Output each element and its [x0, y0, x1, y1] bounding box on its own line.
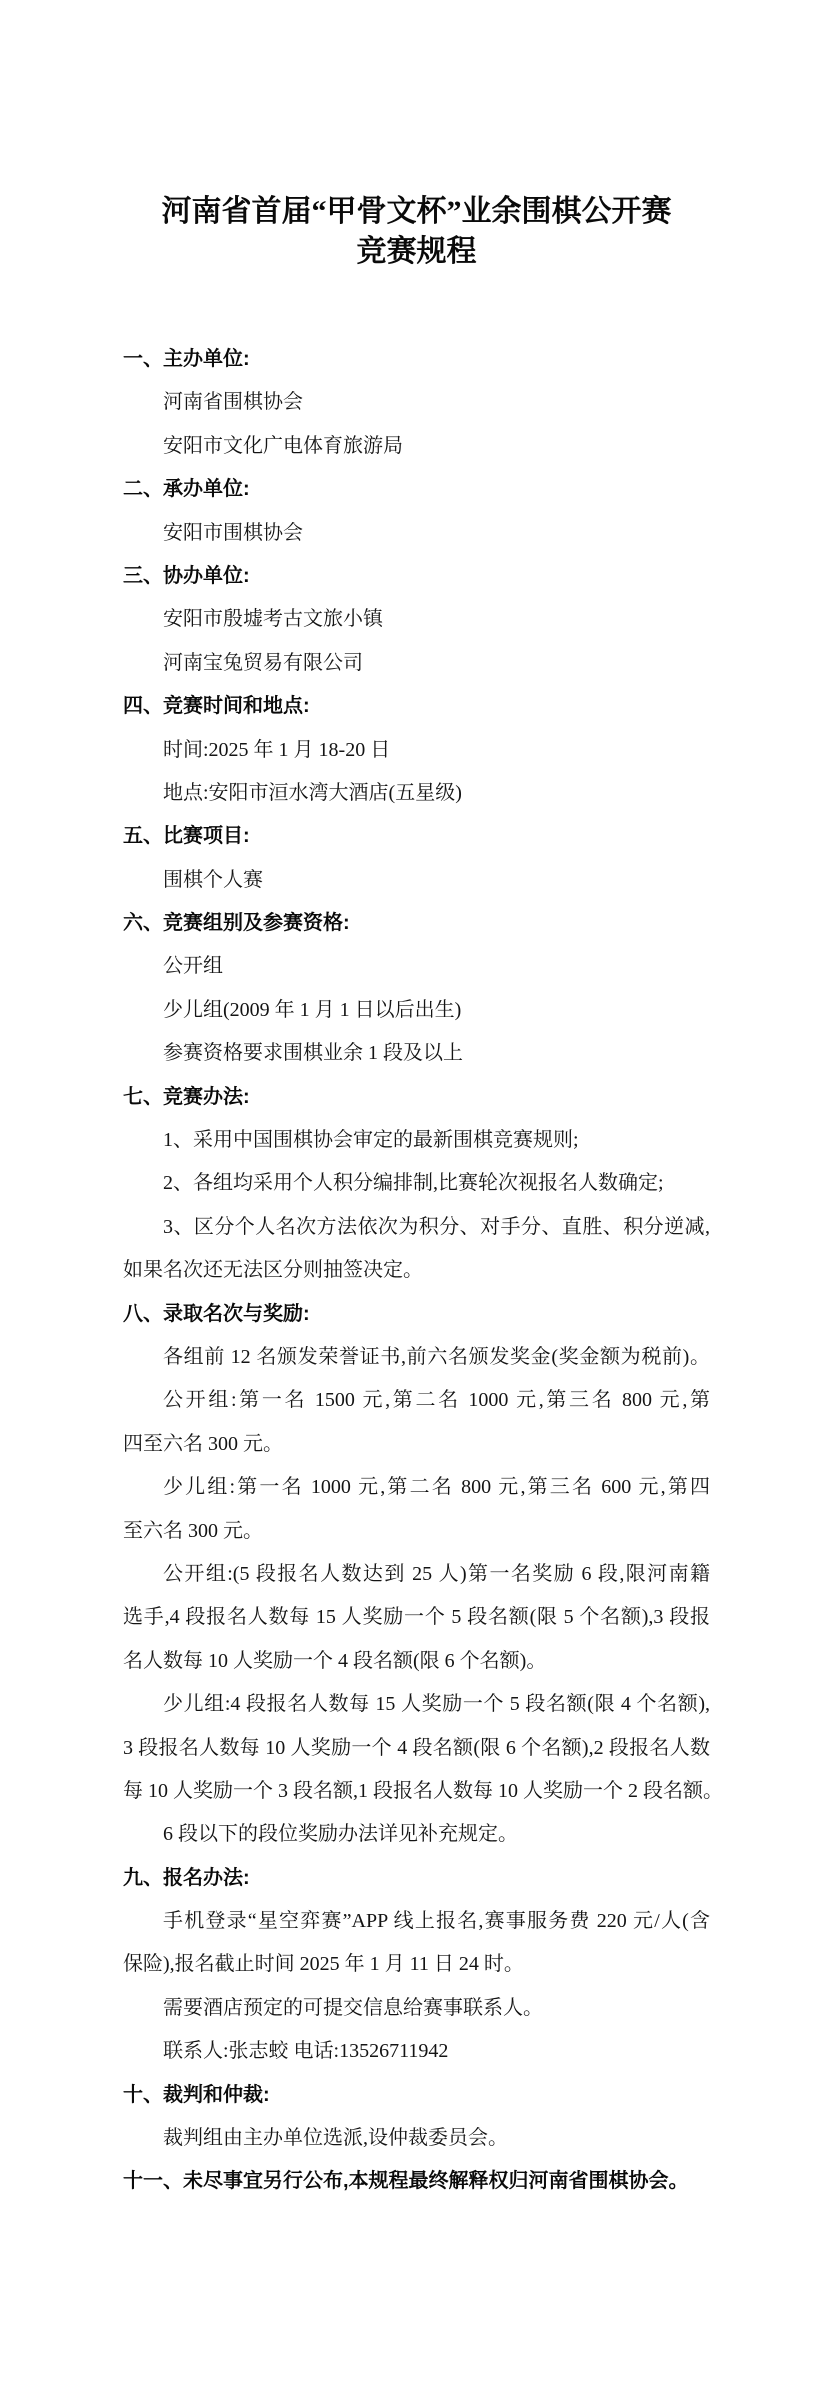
paragraph-line: 少儿组:第一名 1000 元,第二名 800 元,第三名 600 元,第四	[123, 1466, 710, 1509]
section-heading: 十、裁判和仲裁:	[123, 2074, 710, 2117]
paragraph-line: 如果名次还无法区分则抽签决定。	[123, 1249, 710, 1292]
paragraph-line: 安阳市围棋协会	[123, 512, 710, 555]
paragraph-line: 联系人:张志蛟 电话:13526711942	[123, 2030, 710, 2073]
section-heading: 六、竞赛组别及参赛资格:	[123, 902, 710, 945]
paragraph-line: 3 段报名人数每 10 人奖励一个 4 段名额(限 6 个名额),2 段报名人数	[123, 1727, 710, 1770]
paragraph-line: 各组前 12 名颁发荣誉证书,前六名颁发奖金(奖金额为税前)。	[123, 1336, 710, 1379]
document-title: 河南省首届“甲骨文杯”业余围棋公开赛 竞赛规程	[123, 192, 710, 272]
paragraph-line: 6 段以下的段位奖励办法详见补充规定。	[123, 1813, 710, 1856]
paragraph-line: 少儿组:4 段报名人数每 15 人奖励一个 5 段名额(限 4 个名额),	[123, 1683, 710, 1726]
paragraph-line: 每 10 人奖励一个 3 段名额,1 段报名人数每 10 人奖励一个 2 段名额…	[123, 1770, 710, 1813]
section-heading: 八、录取名次与奖励:	[123, 1293, 710, 1336]
paragraph-line: 至六名 300 元。	[123, 1510, 710, 1553]
section-heading: 二、承办单位:	[123, 468, 710, 511]
section-heading: 一、主办单位:	[123, 338, 710, 381]
paragraph-line: 3、区分个人名次方法依次为积分、对手分、直胜、积分逆减,	[123, 1206, 710, 1249]
paragraph-line: 名人数每 10 人奖励一个 4 段名额(限 6 个名额)。	[123, 1640, 710, 1683]
section-heading: 三、协办单位:	[123, 555, 710, 598]
paragraph-line: 保险),报名截止时间 2025 年 1 月 11 日 24 时。	[123, 1943, 710, 1986]
section-heading: 十一、未尽事宜另行公布,本规程最终解释权归河南省围棋协会。	[123, 2160, 710, 2203]
paragraph-line: 2、各组均采用个人积分编排制,比赛轮次视报名人数确定;	[123, 1162, 710, 1205]
paragraph-line: 公开组:(5 段报名人数达到 25 人)第一名奖励 6 段,限河南籍	[123, 1553, 710, 1596]
section-heading: 七、竞赛办法:	[123, 1076, 710, 1119]
paragraph-line: 参赛资格要求围棋业余 1 段及以上	[123, 1032, 710, 1075]
paragraph-line: 需要酒店预定的可提交信息给赛事联系人。	[123, 1987, 710, 2030]
paragraph-line: 1、采用中国围棋协会审定的最新围棋竞赛规则;	[123, 1119, 710, 1162]
paragraph-line: 公开组:第一名 1500 元,第二名 1000 元,第三名 800 元,第	[123, 1379, 710, 1422]
title-line-1: 河南省首届“甲骨文杯”业余围棋公开赛	[123, 192, 710, 232]
section-heading: 四、竞赛时间和地点:	[123, 685, 710, 728]
paragraph-line: 选手,4 段报名人数每 15 人奖励一个 5 段名额(限 5 个名额),3 段报	[123, 1596, 710, 1639]
paragraph-line: 裁判组由主办单位选派,设仲裁委员会。	[123, 2117, 710, 2160]
paragraph-line: 河南宝兔贸易有限公司	[123, 642, 710, 685]
paragraph-line: 手机登录“星空弈赛”APP 线上报名,赛事服务费 220 元/人(含	[123, 1900, 710, 1943]
title-line-2: 竞赛规程	[123, 232, 710, 272]
section-heading: 九、报名办法:	[123, 1857, 710, 1900]
paragraph-line: 围棋个人赛	[123, 859, 710, 902]
paragraph-line: 四至六名 300 元。	[123, 1423, 710, 1466]
paragraph-line: 时间:2025 年 1 月 18-20 日	[123, 729, 710, 772]
paragraph-line: 公开组	[123, 945, 710, 988]
paragraph-line: 河南省围棋协会	[123, 381, 710, 424]
document-page: 河南省首届“甲骨文杯”业余围棋公开赛 竞赛规程 一、主办单位:河南省围棋协会安阳…	[0, 0, 826, 2395]
document-body: 一、主办单位:河南省围棋协会安阳市文化广电体育旅游局二、承办单位:安阳市围棋协会…	[123, 338, 710, 2204]
paragraph-line: 地点:安阳市洹水湾大酒店(五星级)	[123, 772, 710, 815]
paragraph-line: 少儿组(2009 年 1 月 1 日以后出生)	[123, 989, 710, 1032]
section-heading: 五、比赛项目:	[123, 815, 710, 858]
paragraph-line: 安阳市殷墟考古文旅小镇	[123, 598, 710, 641]
paragraph-line: 安阳市文化广电体育旅游局	[123, 425, 710, 468]
